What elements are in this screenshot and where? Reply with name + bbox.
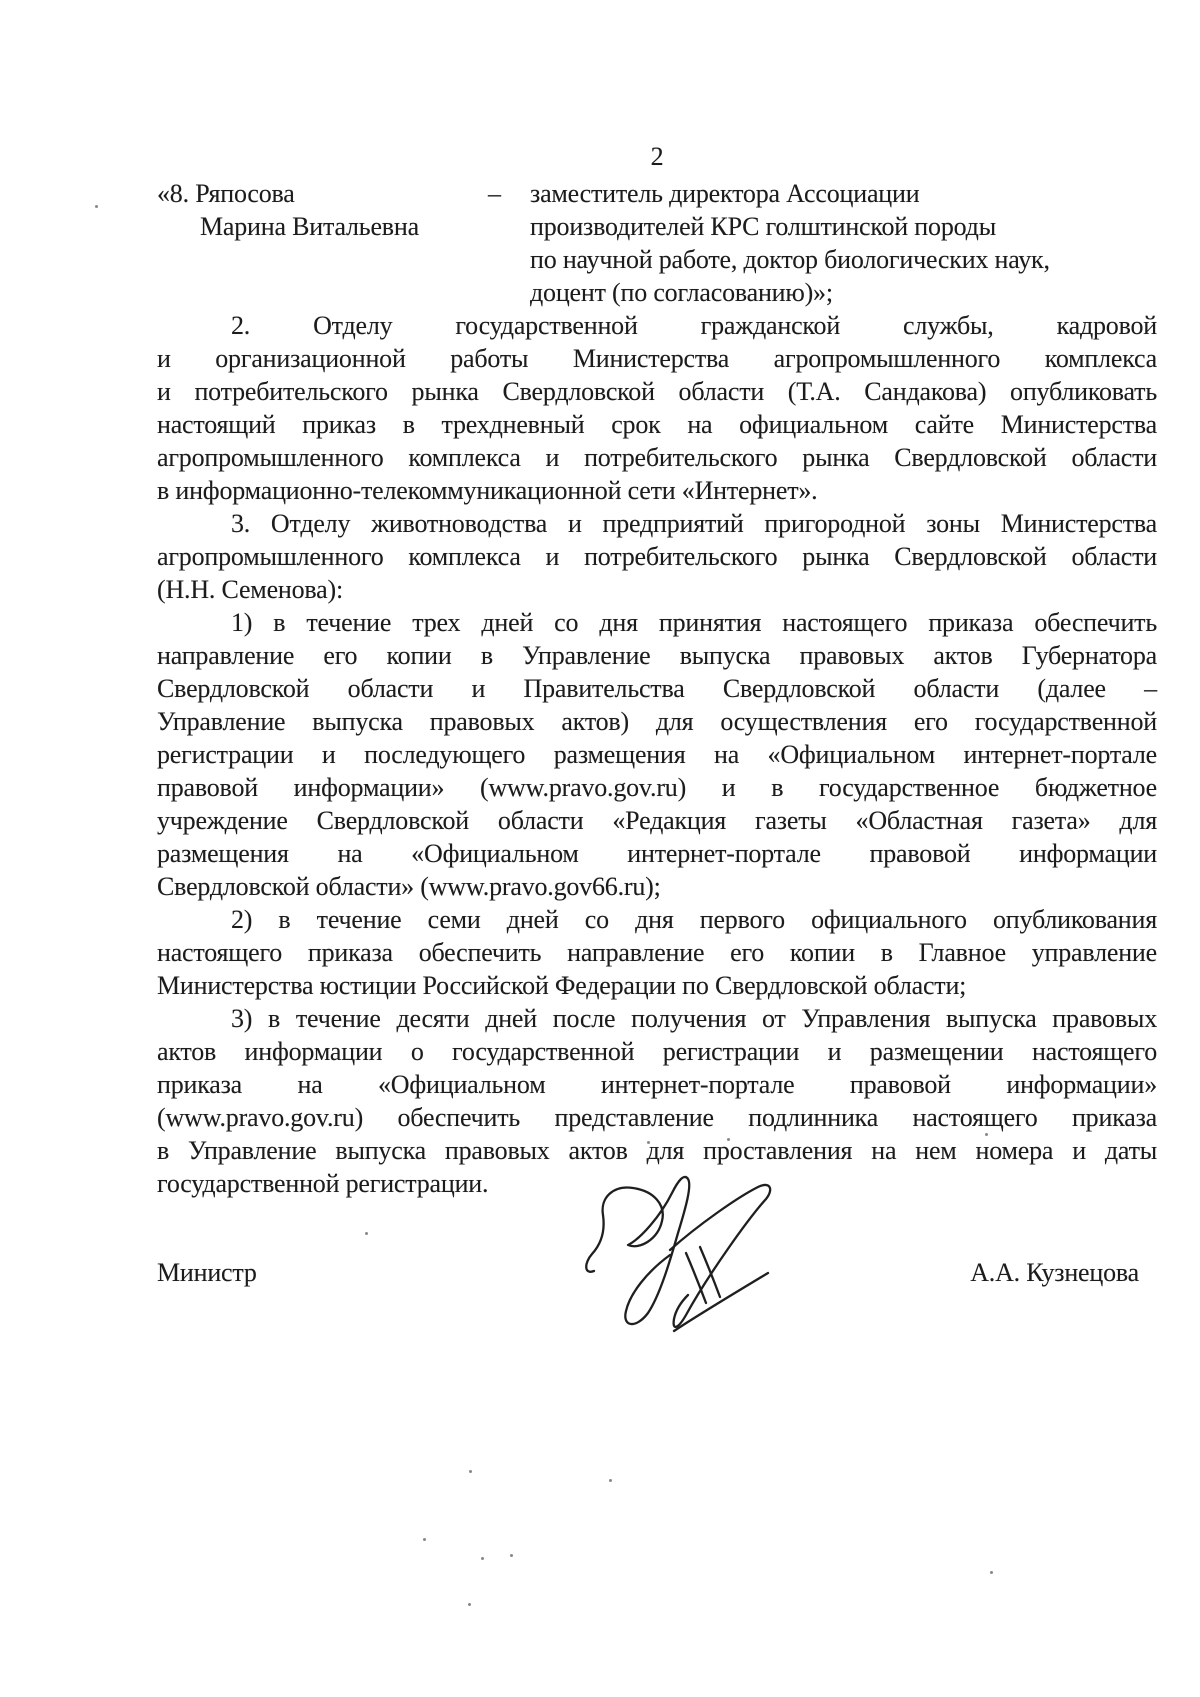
scan-speck xyxy=(727,1138,730,1141)
text-line: Министерства юстиции Российской Федераци… xyxy=(157,969,1157,1002)
text-line: 2) в течение семи дней со дня первого оф… xyxy=(157,903,1157,936)
text-line: 1) в течение трех дней со дня принятия н… xyxy=(157,606,1157,639)
text-line: Управление выпуска правовых актов) для о… xyxy=(157,705,1157,738)
text-line: в Управление выпуска правовых актов для … xyxy=(157,1134,1157,1167)
entry-position-line: заместитель директора Ассоциации xyxy=(530,177,1157,210)
text-line: размещения на «Официальном интернет-порт… xyxy=(157,837,1157,870)
document-content: 2 «8. Ряпосова Марина Витальевна – замес… xyxy=(157,140,1157,1289)
signer-role: Министр xyxy=(157,1256,257,1289)
text-line: и потребительского рынка Свердловской об… xyxy=(157,375,1157,408)
text-line: 3) в течение десяти дней после получения… xyxy=(157,1002,1157,1035)
text-line: Свердловской области и Правительства Све… xyxy=(157,672,1157,705)
text-line: правовой информации» (www.pravo.gov.ru) … xyxy=(157,771,1157,804)
document-body: 2. Отделу государственной гражданской сл… xyxy=(157,309,1157,1200)
list-entry-8: «8. Ряпосова Марина Витальевна – замести… xyxy=(157,177,1157,309)
text-line: 2. Отделу государственной гражданской сл… xyxy=(157,309,1157,342)
paragraph: 2. Отделу государственной гражданской сл… xyxy=(157,309,1157,507)
scan-speck xyxy=(481,1557,484,1560)
text-line: актов информации о государственной регис… xyxy=(157,1035,1157,1068)
entry-position-line: по научной работе, доктор биологических … xyxy=(530,243,1157,276)
text-line: направление его копии в Управление выпус… xyxy=(157,639,1157,672)
entry-surname: «8. Ряпосова xyxy=(157,177,488,210)
scan-speck xyxy=(609,1479,612,1482)
scan-speck xyxy=(469,1470,472,1473)
text-line: настоящего приказа обеспечить направлени… xyxy=(157,936,1157,969)
scan-speck xyxy=(468,1603,471,1606)
scan-speck xyxy=(423,1538,426,1541)
signature-row: Министр А.А. Кузнецова xyxy=(157,1256,1157,1289)
text-line: приказа на «Официальном интернет-портале… xyxy=(157,1068,1157,1101)
scan-speck xyxy=(990,1571,993,1574)
text-line: агропромышленного комплекса и потребител… xyxy=(157,441,1157,474)
entry-position-line: доцент (по согласованию)»; xyxy=(530,276,1157,309)
text-line: настоящий приказ в трехдневный срок на о… xyxy=(157,408,1157,441)
document-page: 2 «8. Ряпосова Марина Витальевна – замес… xyxy=(0,0,1200,1697)
scan-speck xyxy=(365,1232,368,1235)
text-line: государственной регистрации. xyxy=(157,1167,1157,1200)
text-line: учреждение Свердловской области «Редакци… xyxy=(157,804,1157,837)
scan-speck xyxy=(647,1141,650,1144)
signer-name: А.А. Кузнецова xyxy=(970,1256,1139,1289)
scan-speck xyxy=(95,205,98,208)
scan-speck xyxy=(985,1133,988,1136)
paragraph: 3. Отделу животноводства и предприятий п… xyxy=(157,507,1157,606)
text-line: (Н.Н. Семенова): xyxy=(157,573,1157,606)
paragraph: 3) в течение десяти дней после получения… xyxy=(157,1002,1157,1200)
text-line: в информационно-телекоммуникационной сет… xyxy=(157,474,1157,507)
entry-dash: – xyxy=(488,177,530,210)
text-line: Свердловской области» (www.pravo.gov66.r… xyxy=(157,870,1157,903)
entry-position-column: заместитель директора Ассоциации произво… xyxy=(530,177,1157,309)
text-line: регистрации и последующего размещения на… xyxy=(157,738,1157,771)
text-line: (www.pravo.gov.ru) обеспечить представле… xyxy=(157,1101,1157,1134)
entry-name-column: «8. Ряпосова Марина Витальевна xyxy=(157,177,488,243)
text-line: и организационной работы Министерства аг… xyxy=(157,342,1157,375)
paragraph: 2) в течение семи дней со дня первого оф… xyxy=(157,903,1157,1002)
entry-given-name: Марина Витальевна xyxy=(157,210,488,243)
text-line: 3. Отделу животноводства и предприятий п… xyxy=(157,507,1157,540)
entry-position-line: производителей КРС голштинской породы xyxy=(530,210,1157,243)
paragraph: 1) в течение трех дней со дня принятия н… xyxy=(157,606,1157,903)
page-number: 2 xyxy=(157,140,1157,173)
scan-speck xyxy=(510,1554,513,1557)
text-line: агропромышленного комплекса и потребител… xyxy=(157,540,1157,573)
